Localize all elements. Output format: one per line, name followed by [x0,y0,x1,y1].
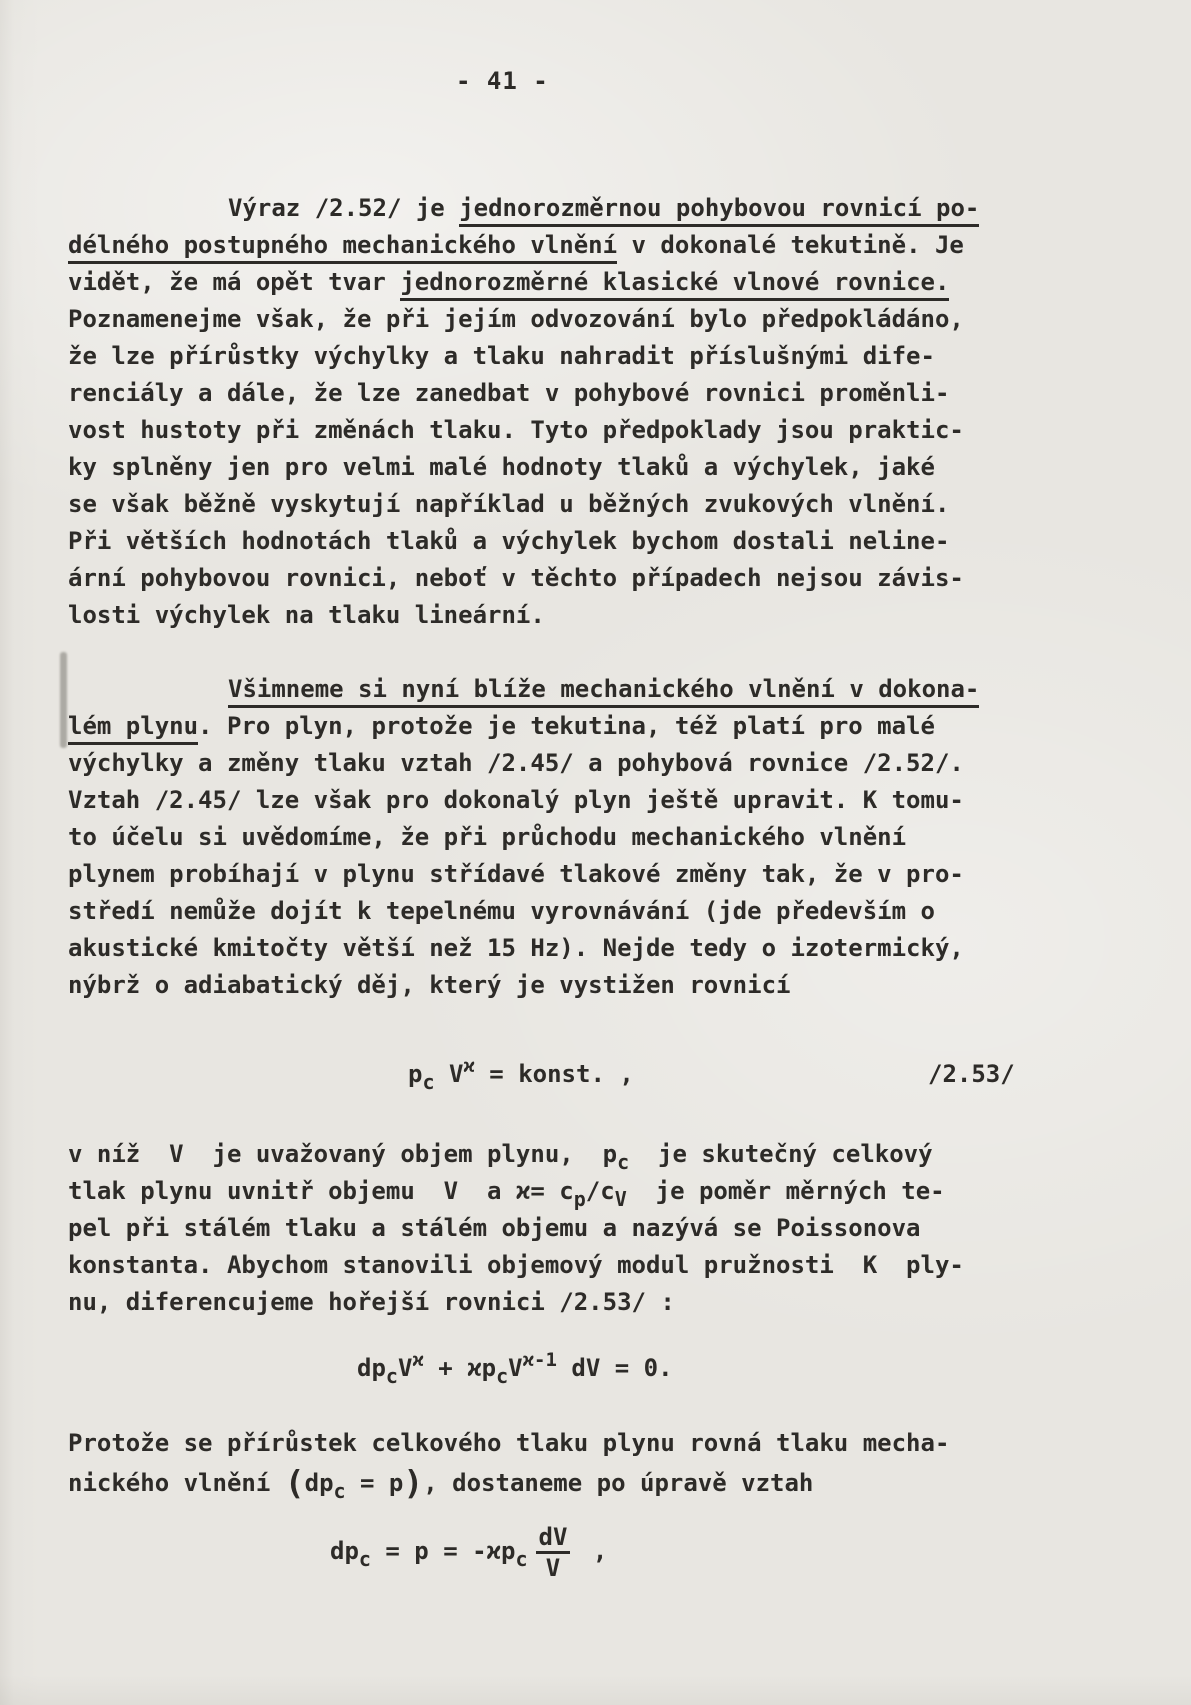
text-line: nu, diferencujeme hořejší rovnici /2.53/… [68,1284,1121,1321]
text-segment: to účelu si uvědomíme, že při průchodu m… [68,823,906,851]
text-segment: losti výchylek na tlaku lineární. [68,601,545,629]
subscript: c [515,1547,527,1571]
equation-label: /2.53/ [928,1052,1015,1096]
subscript: V [615,1187,627,1211]
text-segment: dp [305,1469,334,1497]
superscript: ϰ [412,1349,423,1371]
paragraph: Výraz /2.52/ je jednorozměrnou pohybovou… [68,190,1121,634]
document-body: Výraz /2.52/ je jednorozměrnou pohybovou… [68,190,1121,1587]
text-line: že lze přírůstky výchylky a tlaku nahrad… [68,338,1121,375]
text-segment: nického vlnění [68,1469,285,1497]
text-segment: nu, diferencujeme hořejší rovnici /2.53/… [68,1288,675,1316]
text-segment: se však běžně vyskytují například u běžn… [68,490,949,518]
text-segment: renciály a dále, že lze zanedbat v pohyb… [68,379,949,407]
text-segment: p [408,1060,422,1088]
text-segment: Výraz /2.52/ je [228,194,459,222]
text-line: Protože se přírůstek celkového tlaku ply… [68,1423,1121,1463]
document-page: - 41 - Výraz /2.52/ je jednorozměrnou po… [0,0,1191,1705]
text-line: v níž V je uvažovaný objem plynu, pc je … [68,1136,1121,1173]
text-segment: Poznamenejme však, že při jejím odvozová… [68,305,964,333]
text-line: středí nemůže dojít k tepelnému vyrovnáv… [68,893,1121,930]
text-segment: , dostaneme po úpravě vztah [423,1469,813,1497]
text-segment: = p [346,1469,404,1497]
subscript: c [359,1547,371,1571]
text-segment: dp [330,1537,359,1565]
text-segment: v dokonalé tekutině. Je [617,231,964,259]
text-segment: , [578,1537,607,1565]
equation: pc Vϰ = konst. ,/2.53/ [408,1052,1121,1096]
text-segment: akustické kmitočty větší než 15 Hz). Nej… [68,934,964,962]
text-line: Při větších hodnotách tlaků a výchylek b… [68,523,1121,560]
text-line: akustické kmitočty větší než 15 Hz). Nej… [68,930,1121,967]
page-number: - 41 - [456,64,549,98]
equation-line: dpc = p = -ϰpcdVV , [330,1515,1121,1587]
text-segment: vidět, že má opět tvar [68,268,400,296]
equation-line: dpcVϰ + ϰpcVϰ-1 dV = 0. [357,1345,1121,1391]
underlined-text: Všimneme si nyní blíže mechanického vlně… [228,675,979,708]
text-segment: výchylky a změny tlaku vztah /2.45/ a po… [68,749,964,777]
text-line: pel při stálém tlaku a stálém objemu a n… [68,1210,1121,1247]
text-line: Všimneme si nyní blíže mechanického vlně… [68,671,1121,708]
text-segment: V [435,1060,464,1088]
text-segment: v níž V je uvažovaný objem plynu, p [68,1140,617,1168]
text-segment: dp [357,1354,386,1382]
text-segment: Vztah /2.45/ lze však pro dokonalý plyn … [68,786,964,814]
text-segment: je poměr měrných te- [627,1177,945,1205]
underlined-text: jednorozměrné klasické vlnové rovnice. [400,268,949,301]
superscript: ϰ-1 [523,1349,557,1371]
text-line: výchylky a změny tlaku vztah /2.45/ a po… [68,745,1121,782]
text-line: Výraz /2.52/ je jednorozměrnou pohybovou… [68,190,1121,227]
text-segment: že lze přírůstky výchylky a tlaku nahrad… [68,342,935,370]
text-segment: tlak plynu uvnitř objemu V a ϰ= c [68,1177,574,1205]
text-line: nického vlnění (dpc = p), dostaneme po ú… [68,1463,1121,1503]
text-line: to účelu si uvědomíme, že při průchodu m… [68,819,1121,856]
text-segment: . Pro plyn, protože je tekutina, též pla… [198,712,935,740]
fraction: dVV [536,1523,571,1582]
fraction-denominator: V [536,1554,571,1582]
equation-line: pc Vϰ = konst. ,/2.53/ [408,1052,1121,1096]
equation: dpc = p = -ϰpcdVV , [330,1515,1121,1587]
text-segment: + ϰp [424,1354,496,1382]
fraction-numerator: dV [536,1523,571,1554]
subscript: c [617,1150,629,1174]
underlined-text: délného postupného mechanického vlnění [68,231,617,264]
text-line: nýbrž o adiabatický děj, který je vystiž… [68,967,1121,1004]
superscript: ϰ [463,1055,474,1077]
underlined-text: jednorozměrnou pohybovou rovnicí po- [459,194,979,227]
underlined-text: lém plynu [68,712,198,745]
text-segment: = konst. , [475,1060,634,1088]
text-segment: = p = -ϰp [371,1537,516,1565]
text-segment: V [508,1354,522,1382]
paragraph: Všimneme si nyní blíže mechanického vlně… [68,671,1121,1004]
subscript: c [386,1364,398,1388]
text-line: délného postupného mechanického vlnění v… [68,227,1121,264]
subscript: p [574,1187,586,1211]
text-segment: ky splněny jen pro velmi malé hodnoty tl… [68,453,935,481]
subscript: c [422,1070,434,1094]
subscript: c [496,1364,508,1388]
big-paren: ) [403,1463,423,1502]
scan-artifact [60,652,67,748]
equation: dpcVϰ + ϰpcVϰ-1 dV = 0. [357,1345,1121,1391]
text-segment: nýbrž o adiabatický děj, který je vystiž… [68,971,790,999]
text-line: se však běžně vyskytují například u běžn… [68,486,1121,523]
text-segment: plynem probíhají v plynu střídavé tlakov… [68,860,964,888]
text-segment: konstanta. Abychom stanovili objemový mo… [68,1251,964,1279]
subscript: c [334,1479,346,1503]
paragraph: Protože se přírůstek celkového tlaku ply… [68,1423,1121,1503]
text-line: Vztah /2.45/ lze však pro dokonalý plyn … [68,782,1121,819]
text-segment: vost hustoty při změnách tlaku. Tyto pře… [68,416,964,444]
text-segment: ární pohybovou rovnici, neboť v těchto p… [68,564,964,592]
text-line: lém plynu. Pro plyn, protože je tekutina… [68,708,1121,745]
text-line: losti výchylek na tlaku lineární. [68,597,1121,634]
text-line: ky splněny jen pro velmi malé hodnoty tl… [68,449,1121,486]
text-line: konstanta. Abychom stanovili objemový mo… [68,1247,1121,1284]
text-segment: dV = 0. [557,1354,673,1382]
text-segment: pel při stálém tlaku a stálém objemu a n… [68,1214,921,1242]
text-segment: je skutečný celkový [629,1140,932,1168]
text-line: renciály a dále, že lze zanedbat v pohyb… [68,375,1121,412]
text-segment: středí nemůže dojít k tepelnému vyrovnáv… [68,897,935,925]
text-segment: Při větších hodnotách tlaků a výchylek b… [68,527,949,555]
text-segment: Protože se přírůstek celkového tlaku ply… [68,1429,949,1457]
text-line: Poznamenejme však, že při jejím odvozová… [68,301,1121,338]
text-line: tlak plynu uvnitř objemu V a ϰ= cp/cV je… [68,1173,1121,1210]
text-line: ární pohybovou rovnici, neboť v těchto p… [68,560,1121,597]
text-segment: /c [586,1177,615,1205]
text-line: vidět, že má opět tvar jednorozměrné kla… [68,264,1121,301]
big-paren: ( [285,1463,305,1502]
text-line: vost hustoty při změnách tlaku. Tyto pře… [68,412,1121,449]
paragraph: v níž V je uvažovaný objem plynu, pc je … [68,1136,1121,1321]
text-segment: V [398,1354,412,1382]
text-line: plynem probíhají v plynu střídavé tlakov… [68,856,1121,893]
